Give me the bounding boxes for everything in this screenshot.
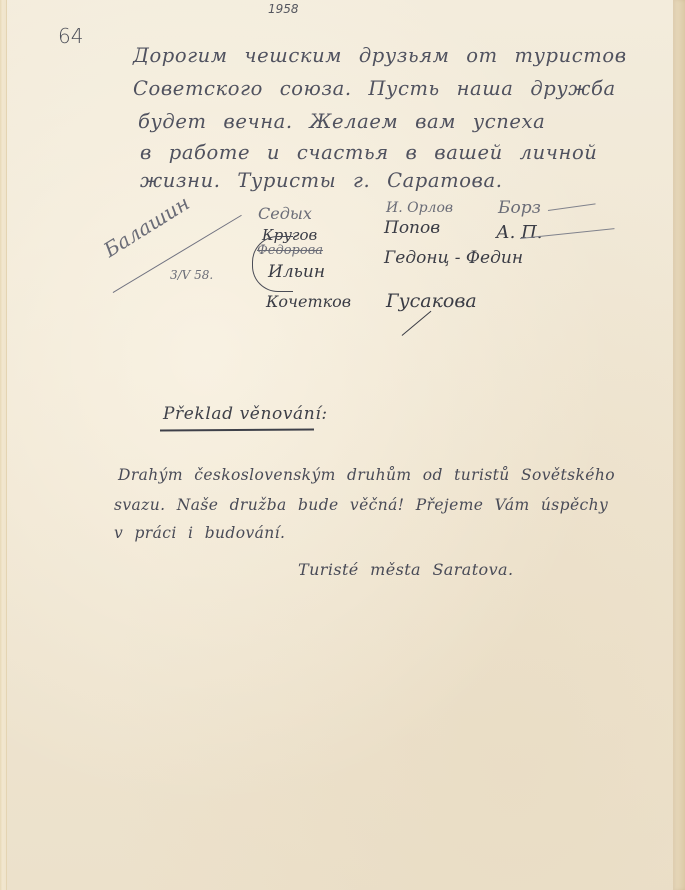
translation-heading: Překlad věnování: <box>163 404 328 424</box>
russian-line-5: жизни. Туристы г. Саратова. <box>140 169 503 192</box>
russian-line-2: Советского союза. Пусть наша дружба <box>133 77 616 100</box>
signature-gusakova: Гусакова <box>386 290 477 312</box>
translation-line-3: v práci i budování. <box>114 524 285 542</box>
heading-underline <box>160 428 314 431</box>
signature-date: 3/V 58. <box>170 268 213 282</box>
russian-line-4: в работе и счастья в вашей личной <box>140 141 597 164</box>
russian-line-3: будет вечна. Желаем вам успеха <box>138 110 545 133</box>
signature-borz-stroke <box>548 203 596 211</box>
page-right-edge <box>673 0 685 890</box>
russian-line-1: Дорогим чешским друзьям от туристов <box>133 44 627 67</box>
signature-popov: Попов <box>384 218 440 238</box>
translation-line-2: svazu. Naše družba bude věčná! Přejeme V… <box>114 496 608 514</box>
signature-gusakova-stroke <box>402 311 432 336</box>
archival-page: 1958 64 Дорогим чешским друзьям от турис… <box>0 0 685 890</box>
translation-line-1: Drahým československým druhům od turistů… <box>118 466 615 484</box>
signature-gedonts-fedin: Гедонц - Федин <box>384 248 523 268</box>
signature-orlov: И. Орлов <box>386 200 453 216</box>
signature-kochetkov: Кочетков <box>266 292 351 311</box>
signature-sedykh: Седых <box>258 204 312 223</box>
translation-signoff: Turisté města Saratova. <box>298 560 513 579</box>
year-mark: 1958 <box>268 2 299 16</box>
signature-loop-flourish <box>252 236 293 292</box>
signature-ap: А. П. <box>496 222 543 243</box>
page-left-edge <box>0 0 7 890</box>
page-number: 64 <box>58 24 83 48</box>
signature-borz: Борз <box>498 198 541 218</box>
